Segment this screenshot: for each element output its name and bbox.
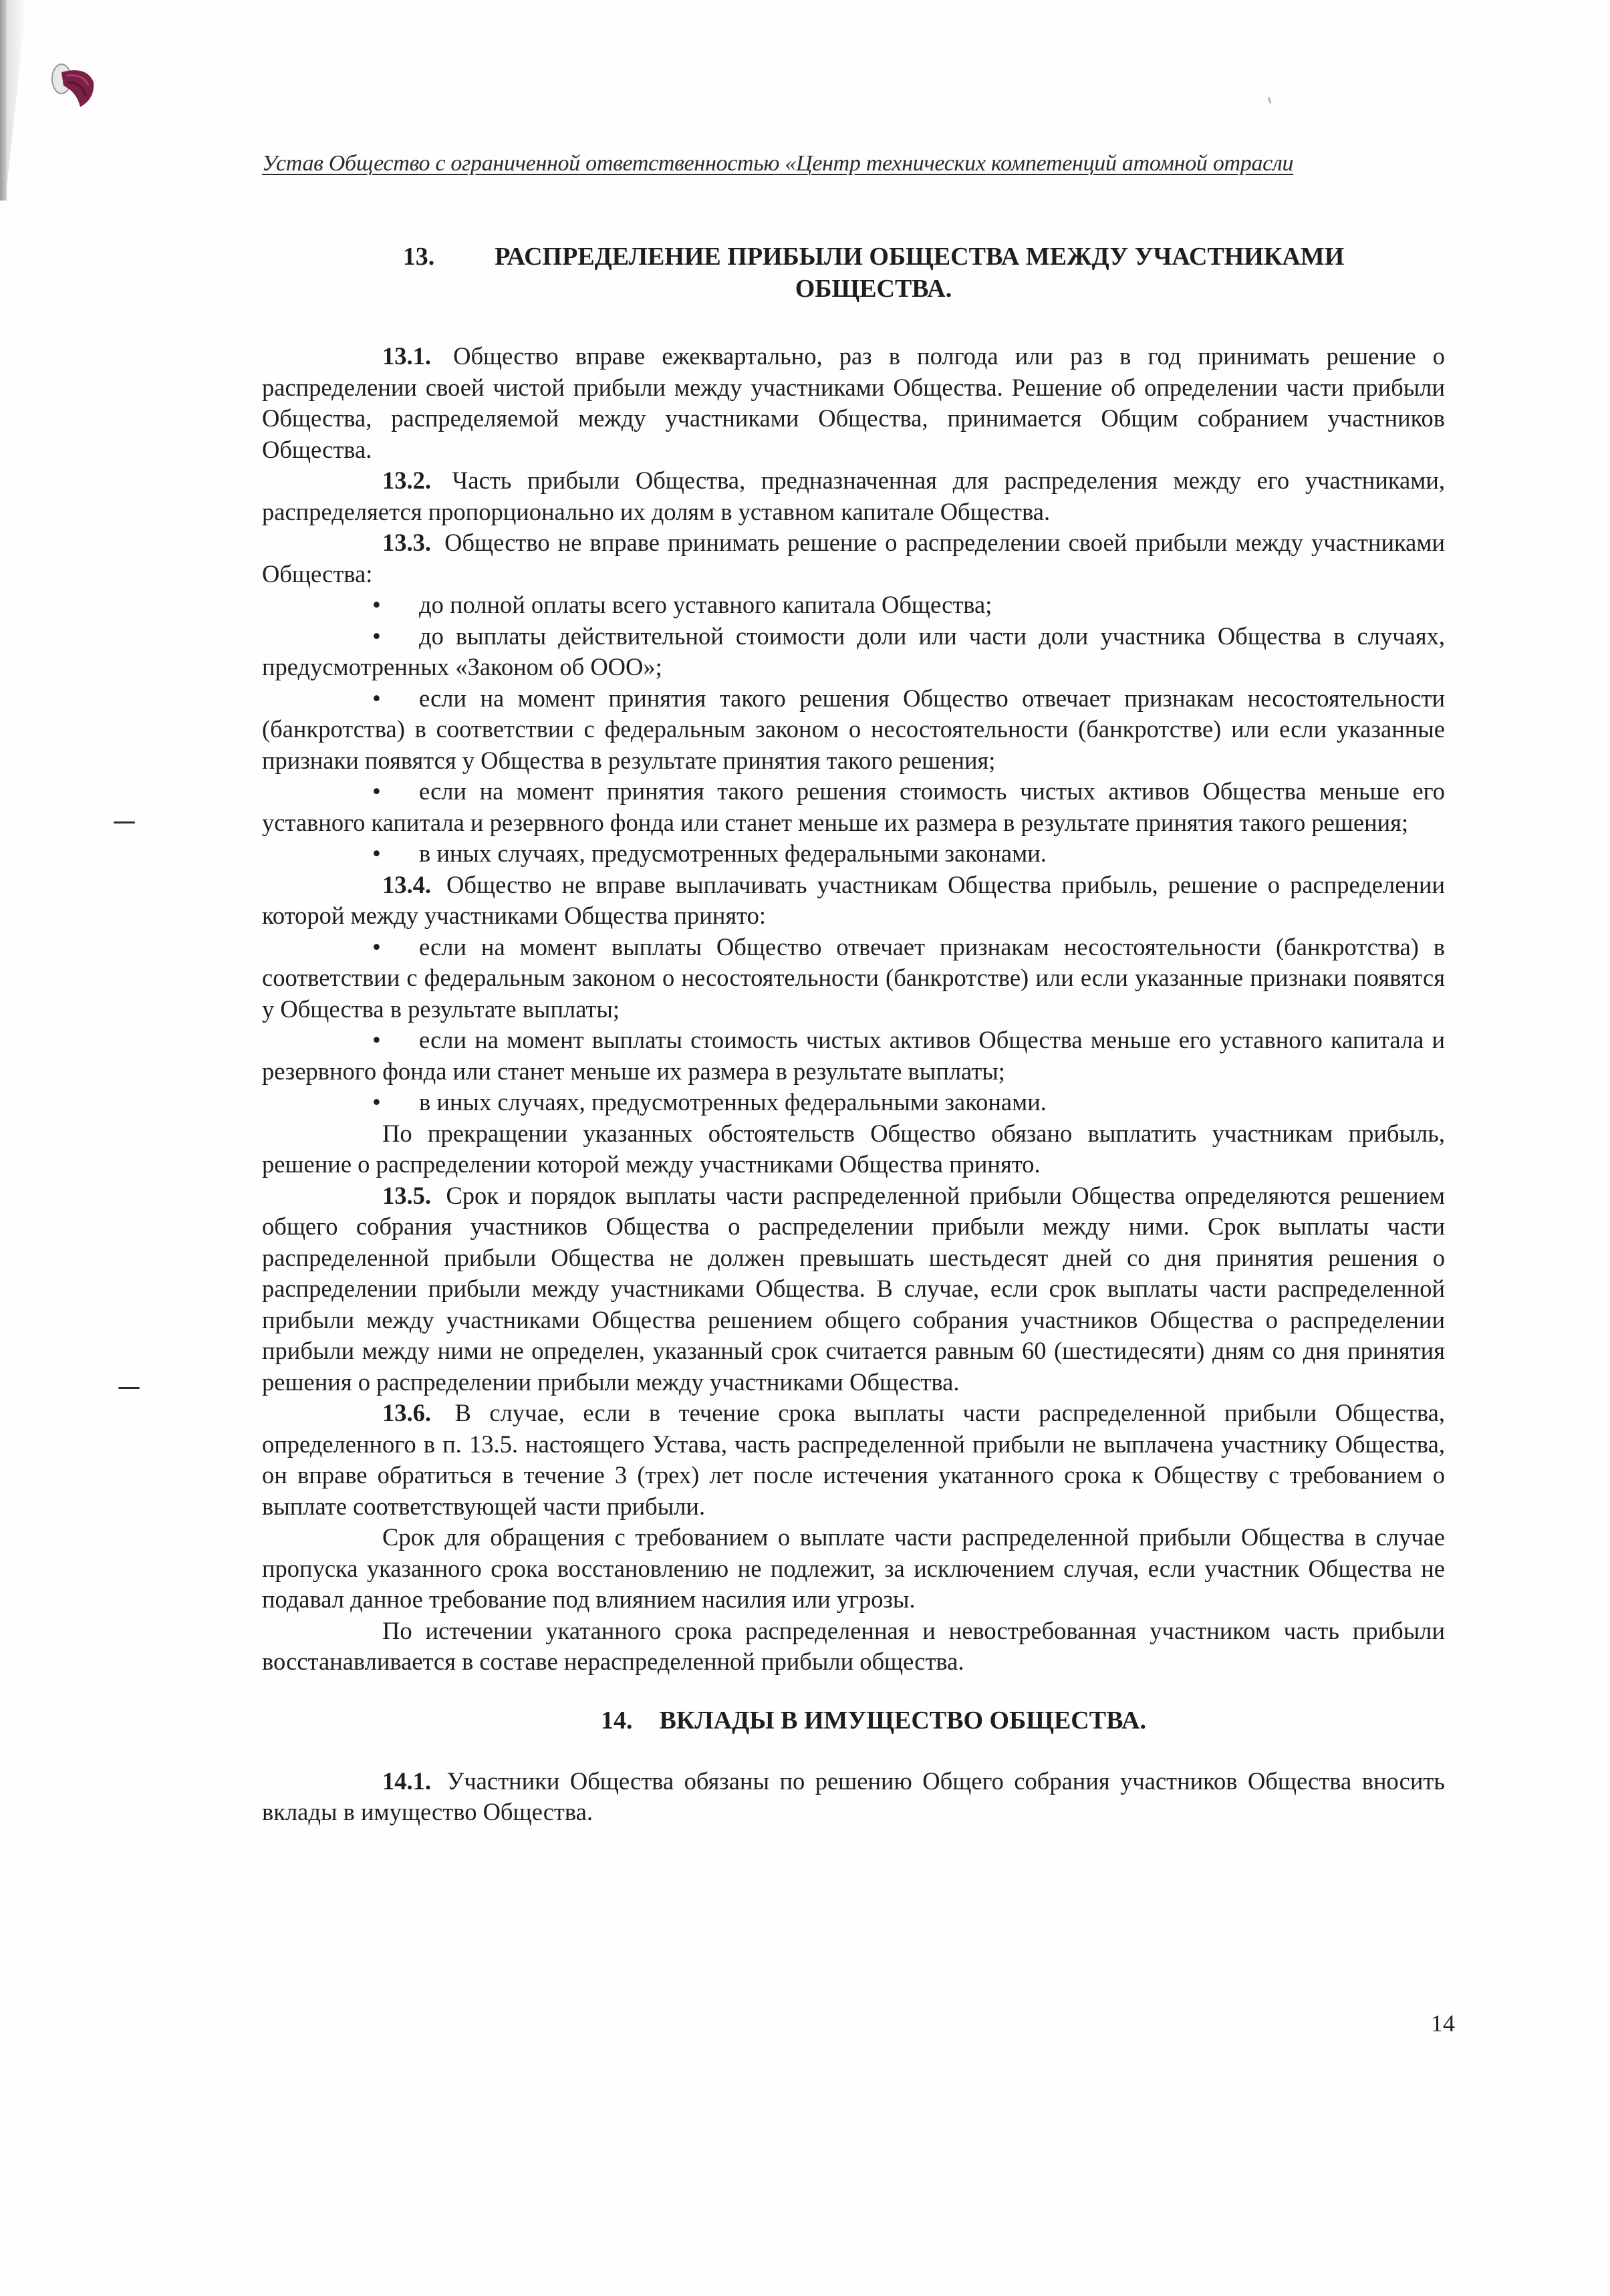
bullet-item: •если на момент принятия такого решения … <box>262 683 1445 777</box>
document-page: Устав Общество с ограниченной ответствен… <box>0 0 1610 2296</box>
clause-text: Общество вправе ежеквартально, раз в пол… <box>262 342 1445 463</box>
clause-number: 13.5. <box>382 1182 431 1209</box>
clause-13-4-after: По прекращении указанных обстоятельств О… <box>262 1118 1445 1180</box>
clause-number: 14.1. <box>382 1767 431 1795</box>
clause-number: 13.1. <box>382 342 431 370</box>
margin-mark <box>114 821 135 823</box>
bullet-item: •в иных случаях, предусмотренных федерал… <box>262 1087 1445 1118</box>
bullet-item: •если на момент принятия такого решения … <box>262 776 1445 838</box>
clause-14-1: 14.1. Участники Общества обязаны по реше… <box>262 1766 1445 1828</box>
clause-number: 13.4. <box>382 871 431 898</box>
bullet-icon: • <box>372 932 419 963</box>
clause-text: Общество не вправе принимать решение о р… <box>262 529 1445 588</box>
bullet-icon: • <box>372 590 419 621</box>
bullet-icon: • <box>372 683 419 715</box>
bullet-icon: • <box>372 621 419 652</box>
binding-thread-icon <box>47 59 100 109</box>
bullet-text: если на момент принятия такого решения О… <box>262 684 1445 774</box>
bullet-text: до полной оплаты всего уставного капитал… <box>419 591 992 618</box>
bullet-text: если на момент принятия такого решения с… <box>262 777 1445 836</box>
clause-text: В случае, если в течение срока выплаты ч… <box>262 1399 1445 1520</box>
clause-13-2: 13.2. Часть прибыли Общества, предназнач… <box>262 465 1445 527</box>
bullet-item: •если на момент выплаты стоимость чистых… <box>262 1025 1445 1087</box>
bullet-text: до выплаты действительной стоимости доли… <box>262 622 1445 681</box>
scan-speck <box>1267 97 1271 104</box>
bullet-text: если на момент выплаты Общество отвечает… <box>262 933 1445 1023</box>
section-13-title-line2: ОБЩЕСТВА. <box>795 275 952 303</box>
clause-13-6-para3: По истечении укатанного срока распределе… <box>262 1616 1445 1678</box>
section-14-title: ВКЛАДЫ В ИМУЩЕСТВО ОБЩЕСТВА. <box>660 1706 1146 1735</box>
margin-mark <box>118 1387 140 1389</box>
clause-13-3: 13.3. Общество не вправе принимать решен… <box>262 527 1445 590</box>
section-14-heading: 14.ВКЛАДЫ В ИМУЩЕСТВО ОБЩЕСТВА. <box>262 1704 1445 1737</box>
bullet-text: если на момент выплаты стоимость чистых … <box>262 1026 1445 1085</box>
running-header: Устав Общество с ограниченной ответствен… <box>262 151 1432 176</box>
section-13-number: 13. <box>403 241 435 273</box>
clause-text: Срок и порядок выплаты части распределен… <box>262 1182 1445 1396</box>
bullet-icon: • <box>372 1087 419 1118</box>
section-13-heading: 13.РАСПРЕДЕЛЕНИЕ ПРИБЫЛИ ОБЩЕСТВА МЕЖДУ … <box>262 241 1445 305</box>
bullet-text: в иных случаях, предусмотренных федераль… <box>419 1088 1047 1116</box>
bullet-icon: • <box>372 776 419 807</box>
clause-text: Участники Общества обязаны по решению Об… <box>262 1767 1445 1826</box>
clause-13-5: 13.5. Срок и порядок выплаты части распр… <box>262 1180 1445 1398</box>
clause-13-4: 13.4. Общество не вправе выплачивать уча… <box>262 870 1445 932</box>
bullet-item: •в иных случаях, предусмотренных федерал… <box>262 838 1445 870</box>
clause-text: Часть прибыли Общества, предназначенная … <box>262 467 1445 525</box>
section-14-number: 14. <box>601 1704 633 1737</box>
document-body: 13.РАСПРЕДЕЛЕНИЕ ПРИБЫЛИ ОБЩЕСТВА МЕЖДУ … <box>262 241 1445 1828</box>
clause-13-1: 13.1. Общество вправе ежеквартально, раз… <box>262 341 1445 465</box>
bullet-icon: • <box>372 1025 419 1056</box>
clause-text: Общество не вправе выплачивать участника… <box>262 871 1445 930</box>
bullet-item: •до выплаты действительной стоимости дол… <box>262 621 1445 683</box>
clause-number: 13.2. <box>382 467 431 494</box>
bullet-item: •если на момент выплаты Общество отвечае… <box>262 932 1445 1025</box>
bullet-text: в иных случаях, предусмотренных федераль… <box>419 840 1047 867</box>
binding-shadow <box>0 0 7 201</box>
clause-number: 13.3. <box>382 529 431 556</box>
clause-number: 13.6. <box>382 1399 431 1426</box>
clause-13-6: 13.6. В случае, если в течение срока вып… <box>262 1398 1445 1522</box>
page-number: 14 <box>1431 2009 1455 2037</box>
bullet-icon: • <box>372 838 419 870</box>
clause-13-6-para2: Срок для обращения с требованием о выпла… <box>262 1522 1445 1616</box>
bullet-item: •до полной оплаты всего уставного капита… <box>262 590 1445 621</box>
section-13-title-line1: РАСПРЕДЕЛЕНИЕ ПРИБЫЛИ ОБЩЕСТВА МЕЖДУ УЧА… <box>495 243 1344 271</box>
